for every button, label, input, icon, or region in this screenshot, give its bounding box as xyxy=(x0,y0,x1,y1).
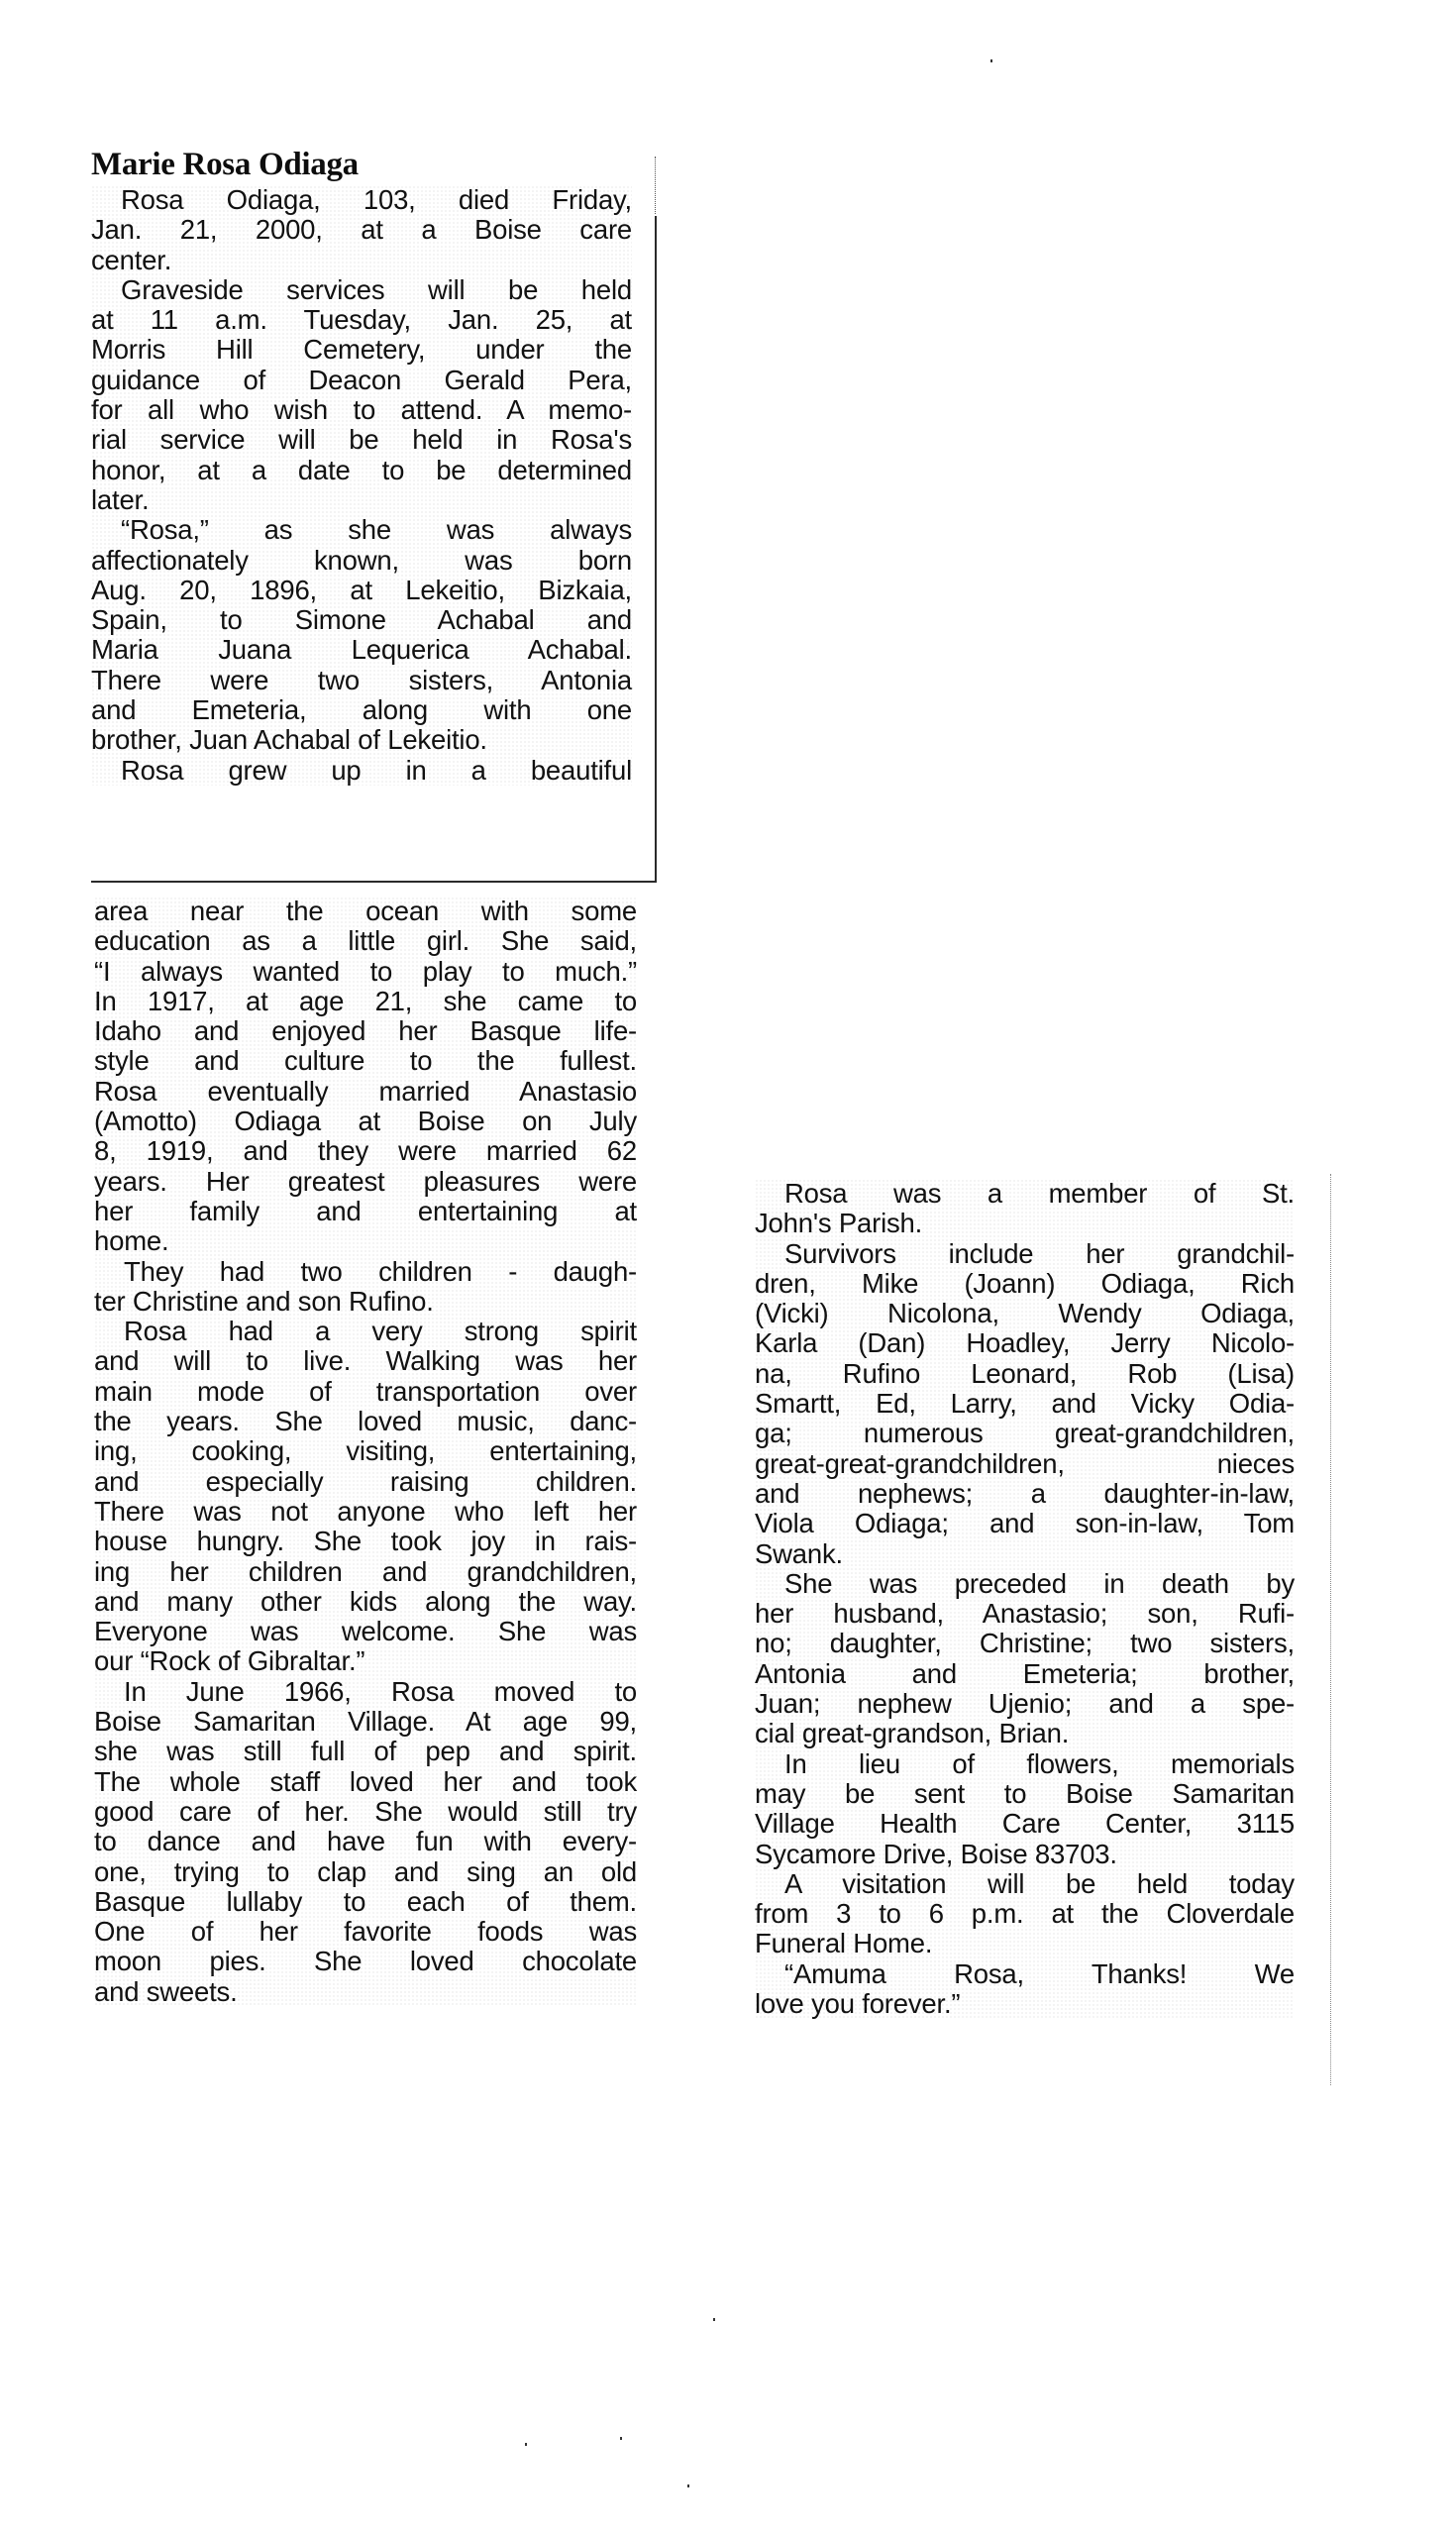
text-line: and will to live. Walking was her xyxy=(94,1346,637,1376)
text-line: There was not anyone who left her xyxy=(94,1497,637,1527)
scan-speck xyxy=(525,2443,527,2446)
left-column-lower-text: area near the ocean with someeducation a… xyxy=(94,897,637,2007)
text-line: Maria Juana Lequerica Achabal. xyxy=(91,635,632,665)
text-line: house hungry. She took joy in rais- xyxy=(94,1527,637,1556)
text-line: her family and entertaining at xyxy=(94,1197,637,1226)
text-line: Karla (Dan) Hoadley, Jerry Nicolo- xyxy=(755,1328,1295,1358)
text-line: She was preceded in death by xyxy=(755,1569,1295,1599)
text-line: may be sent to Boise Samaritan xyxy=(755,1779,1295,1809)
text-line: ter Christine and son Rufino. xyxy=(94,1287,637,1317)
scan-speck xyxy=(713,2318,715,2321)
text-line: the years. She loved music, danc- xyxy=(94,1407,637,1436)
text-line: from 3 to 6 p.m. at the Cloverdale xyxy=(755,1899,1295,1929)
text-line: moon pies. She loved chocolate xyxy=(94,1947,637,1976)
text-line: ga; numerous great-grandchildren, xyxy=(755,1419,1295,1448)
text-line: area near the ocean with some xyxy=(94,897,637,926)
text-line: Rosa Odiaga, 103, died Friday, xyxy=(91,185,632,215)
text-line: Rosa grew up in a beautiful xyxy=(91,756,632,786)
text-line: and sweets. xyxy=(94,1977,637,2007)
text-line: no; daughter, Christine; two sisters, xyxy=(755,1629,1295,1658)
text-line: to dance and have fun with every- xyxy=(94,1827,637,1856)
text-line: Sycamore Drive, Boise 83703. xyxy=(755,1840,1295,1869)
scan-speck xyxy=(990,59,992,62)
text-line: The whole staff loved her and took xyxy=(94,1767,637,1797)
text-line: ing, cooking, visiting, entertaining, xyxy=(94,1436,637,1466)
text-line: years. Her greatest pleasures were xyxy=(94,1167,637,1197)
text-line: our “Rock of Gibraltar.” xyxy=(94,1646,637,1676)
text-line: for all who wish to attend. A memo- xyxy=(91,395,632,425)
text-line: Jan. 21, 2000, at a Boise care xyxy=(91,215,632,245)
text-line: Graveside services will be held xyxy=(91,275,632,305)
text-line: Everyone was welcome. She was xyxy=(94,1617,637,1646)
text-line: Rosa was a member of St. xyxy=(755,1179,1295,1209)
text-line: home. xyxy=(94,1226,637,1256)
text-line: na, Rufino Leonard, Rob (Lisa) xyxy=(755,1359,1295,1389)
text-line: Aug. 20, 1896, at Lekeitio, Bizkaia, xyxy=(91,576,632,605)
text-line: she was still full of pep and spirit. xyxy=(94,1737,637,1766)
text-line: One of her favorite foods was xyxy=(94,1917,637,1947)
text-line: Antonia and Emeteria; brother, xyxy=(755,1659,1295,1689)
text-line: and especially raising children. xyxy=(94,1467,637,1497)
text-line: and many other kids along the way. xyxy=(94,1587,637,1617)
text-line: style and culture to the fullest. xyxy=(94,1046,637,1076)
box-bottom-rule xyxy=(91,881,657,883)
text-line: “Rosa,” as she was always xyxy=(91,515,632,545)
right-column-rule-dotted xyxy=(1330,1174,1332,2085)
text-line: In lieu of flowers, memorials xyxy=(755,1749,1295,1779)
text-line: Boise Samaritan Village. At age 99, xyxy=(94,1707,637,1737)
text-line: (Vicki) Nicolona, Wendy Odiaga, xyxy=(755,1299,1295,1328)
text-line: “Amuma Rosa, Thanks! We xyxy=(755,1959,1295,1989)
text-line: John's Parish. xyxy=(755,1209,1295,1238)
text-line: (Amotto) Odiaga at Boise on July xyxy=(94,1107,637,1136)
left-column-upper-text: Rosa Odiaga, 103, died Friday,Jan. 21, 2… xyxy=(91,185,632,786)
text-line: good care of her. She would still try xyxy=(94,1797,637,1827)
text-line: brother, Juan Achabal of Lekeitio. xyxy=(91,725,632,755)
text-line: later. xyxy=(91,485,632,515)
text-line: Funeral Home. xyxy=(755,1929,1295,1958)
text-line: “I always wanted to play to much.” xyxy=(94,957,637,987)
text-line: and nephews; a daughter-in-law, xyxy=(755,1479,1295,1509)
text-line: main mode of transportation over xyxy=(94,1377,637,1407)
text-line: Survivors include her grandchil- xyxy=(755,1239,1295,1269)
text-line: Rosa eventually married Anastasio xyxy=(94,1077,637,1107)
text-line: Morris Hill Cemetery, under the xyxy=(91,335,632,365)
text-line: Swank. xyxy=(755,1539,1295,1569)
text-line: cial great-grandson, Brian. xyxy=(755,1719,1295,1748)
text-line: ing her children and grandchildren, xyxy=(94,1557,637,1587)
text-line: guidance of Deacon Gerald Pera, xyxy=(91,366,632,395)
text-line: There were two sisters, Antonia xyxy=(91,666,632,695)
text-line: rial service will be held in Rosa's xyxy=(91,425,632,455)
text-line: one, trying to clap and sing an old xyxy=(94,1857,637,1887)
text-line: In June 1966, Rosa moved to xyxy=(94,1677,637,1707)
text-line: In 1917, at age 21, she came to xyxy=(94,987,637,1016)
text-line: at 11 a.m. Tuesday, Jan. 25, at xyxy=(91,305,632,335)
text-line: honor, at a date to be determined xyxy=(91,456,632,485)
text-line: center. xyxy=(91,246,632,275)
text-line: her husband, Anastasio; son, Rufi- xyxy=(755,1599,1295,1629)
scan-speck xyxy=(687,2484,689,2487)
text-line: great-great-grandchildren, nieces xyxy=(755,1449,1295,1479)
obituary-headline: Marie Rosa Odiaga xyxy=(91,147,359,183)
text-line: Juan; nephew Ujenio; and a spe- xyxy=(755,1689,1295,1719)
text-line: A visitation will be held today xyxy=(755,1869,1295,1899)
right-column-text: Rosa was a member of St.John's Parish.Su… xyxy=(755,1179,1295,2019)
text-line: Village Health Care Center, 3115 xyxy=(755,1809,1295,1839)
text-line: Smartt, Ed, Larry, and Vicky Odia- xyxy=(755,1389,1295,1419)
text-line: and Emeteria, along with one xyxy=(91,695,632,725)
text-line: Idaho and enjoyed her Basque life- xyxy=(94,1016,637,1046)
scan-speck xyxy=(620,2437,622,2440)
text-line: dren, Mike (Joann) Odiaga, Rich xyxy=(755,1269,1295,1299)
text-line: Basque lullaby to each of them. xyxy=(94,1887,637,1917)
column-rule-dotted xyxy=(655,157,657,214)
text-line: affectionately known, was born xyxy=(91,546,632,576)
text-line: They had two children - daugh- xyxy=(94,1257,637,1287)
text-line: Viola Odiaga; and son-in-law, Tom xyxy=(755,1509,1295,1538)
text-line: Spain, to Simone Achabal and xyxy=(91,605,632,635)
text-line: love you forever.” xyxy=(755,1989,1295,2019)
text-line: Rosa had a very strong spirit xyxy=(94,1317,637,1346)
column-rule xyxy=(655,216,657,882)
text-line: 8, 1919, and they were married 62 xyxy=(94,1136,637,1166)
text-line: education as a little girl. She said, xyxy=(94,926,637,956)
